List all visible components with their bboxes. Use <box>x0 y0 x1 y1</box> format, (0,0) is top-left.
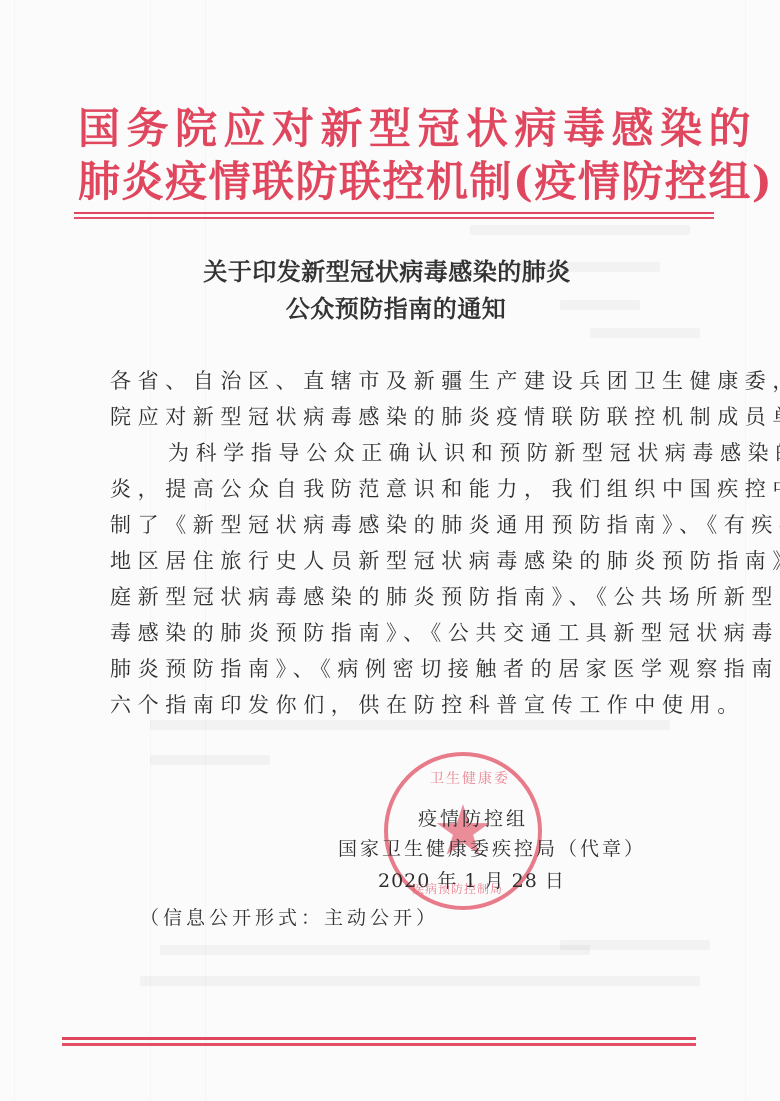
body-line: 毒感染的肺炎预防指南》、《公共交通工具新型冠状病毒感染的 <box>110 618 680 648</box>
body-line: 炎，提高公众自我防范意识和能力，我们组织中国疾控中心编 <box>110 474 680 504</box>
body-line: 制了《新型冠状病毒感染的肺炎通用预防指南》、《有疾病流行 <box>110 510 680 540</box>
document-page: 国务院应对新型冠状病毒感染的 肺炎疫情联防联控机制(疫情防控组) 关于印发新型冠… <box>0 0 780 1101</box>
bleed-through <box>150 720 670 730</box>
body-line: 地区居住旅行史人员新型冠状病毒感染的肺炎预防指南》、《家 <box>110 546 680 576</box>
bleed-through <box>160 945 590 955</box>
document-title-line1: 关于印发新型冠状病毒感染的肺炎 <box>0 252 777 287</box>
signature-date: 2020 年 1 月 28 日 <box>378 866 565 893</box>
body-line: 庭新型冠状病毒感染的肺炎预防指南》、《公共场所新型冠状病 <box>110 582 680 612</box>
bleed-through <box>470 225 690 235</box>
body-line: 肺炎预防指南》、《病例密切接触者的居家医学观察指南》。现将 <box>110 654 680 684</box>
issuer-header-line2: 肺炎疫情联防联控机制(疫情防控组) <box>78 156 718 208</box>
body-line: 院应对新型冠状病毒感染的肺炎疫情联防联控机制成员单位: <box>110 402 680 432</box>
bleed-through <box>590 328 700 338</box>
footer-double-rule <box>62 1037 696 1046</box>
signature-agency: 国家卫生健康委疾控局（代章） <box>338 834 646 861</box>
disclosure-note: （信息公开形式：主动公开） <box>140 903 439 930</box>
issuer-header-line1: 国务院应对新型冠状病毒感染的 <box>78 103 718 155</box>
bleed-through <box>150 755 270 765</box>
body-line: 各省、自治区、直辖市及新疆生产建设兵团卫生健康委，国务 <box>110 366 680 396</box>
body-line: 为科学指导公众正确认识和预防新型冠状病毒感染的肺 <box>168 438 738 468</box>
seal-top-text: 卫生健康委 <box>430 768 510 788</box>
body-line: 六个指南印发你们，供在防控科普宣传工作中使用。 <box>110 690 680 720</box>
scan-artifact <box>14 0 15 1101</box>
document-title-line2: 公众预防指南的通知 <box>6 289 780 324</box>
bleed-through <box>140 976 700 986</box>
signature-group: 疫情防控组 <box>418 804 528 831</box>
header-double-rule <box>74 212 714 220</box>
